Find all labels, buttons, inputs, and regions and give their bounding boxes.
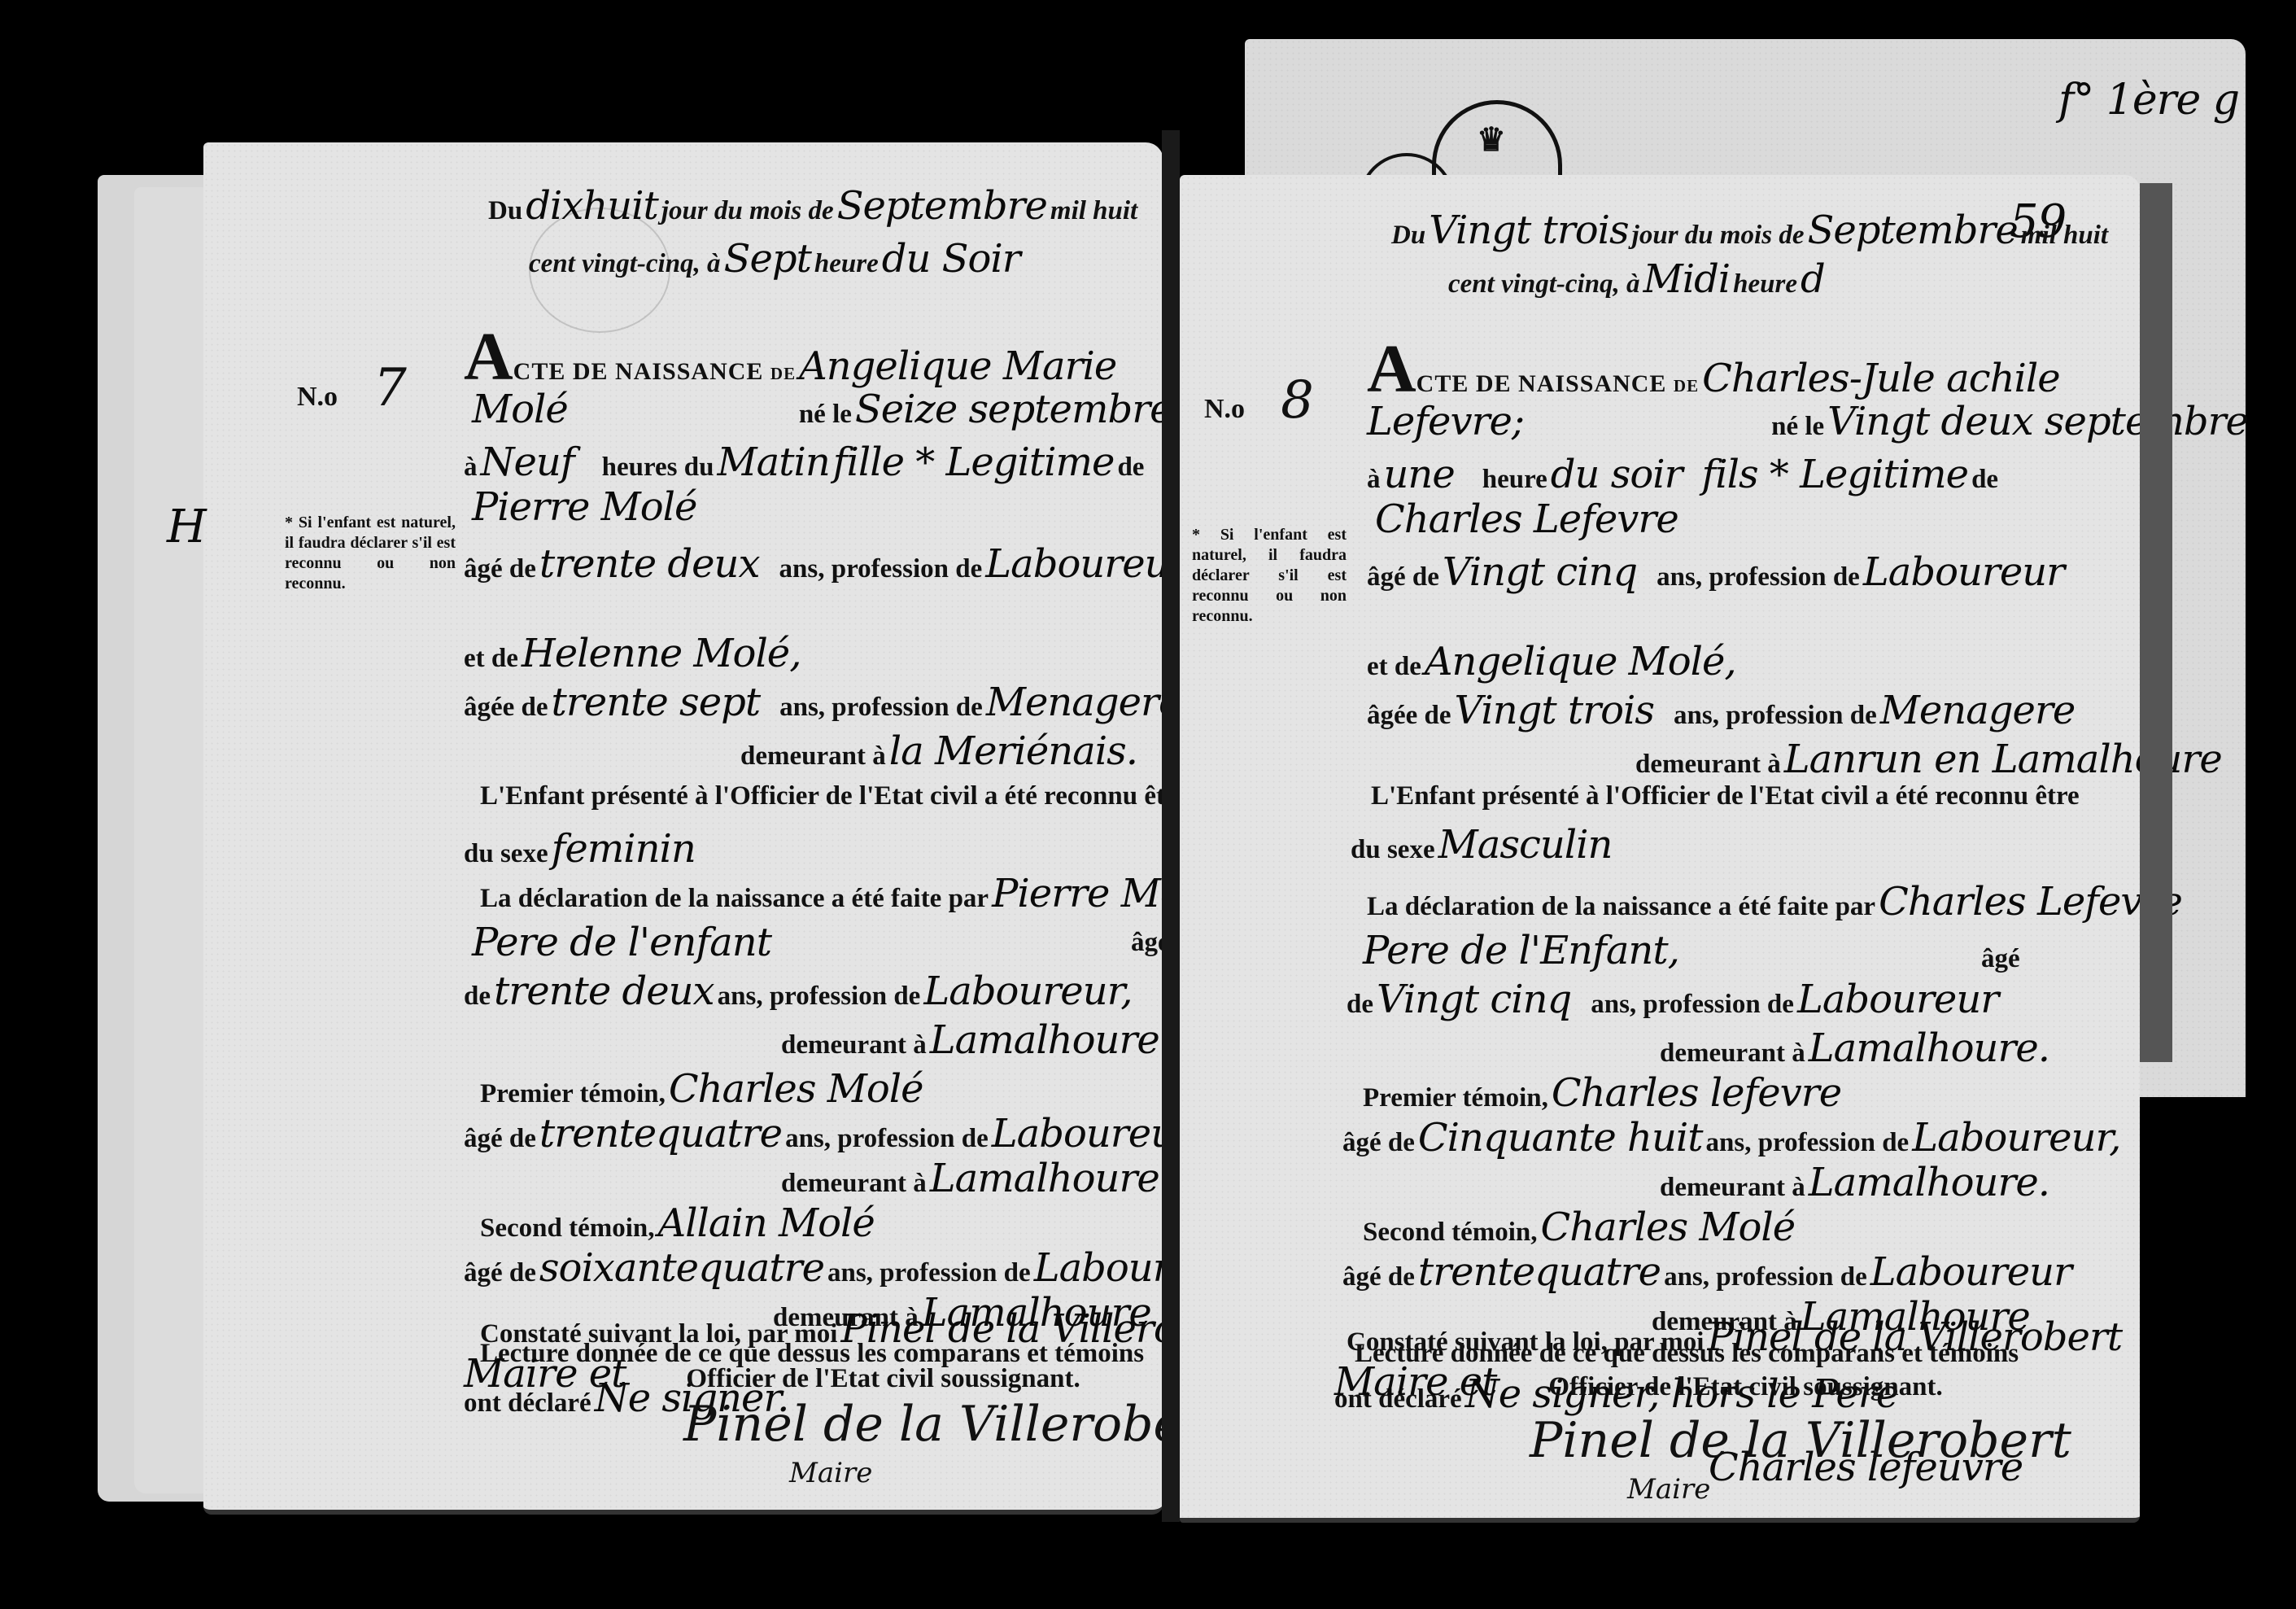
act-number: N.o 8 bbox=[1204, 370, 1314, 431]
header-line-2: cent vingt-cinq, à Midi heure d bbox=[1448, 256, 1825, 302]
folio-annotation: f° 1ère g bbox=[2058, 76, 2239, 125]
mother-age-line: âgée de Vingt trois ans, profession de M… bbox=[1367, 688, 2075, 733]
child-name: Charles-Jule achile bbox=[1702, 356, 2060, 401]
right-certified-line: Constaté suivant la loi, par moi Pinel d… bbox=[1347, 1314, 2122, 1360]
officer-signature: Pinel de la Villerobert bbox=[1530, 1412, 2071, 1469]
sex-line: du sexe Masculin bbox=[1351, 822, 1612, 868]
book-spine bbox=[1162, 130, 1180, 1522]
declarant-age-line: de trente deux ans, profession de Labour… bbox=[464, 968, 1133, 1014]
residence-line: demeurant à Lanrun en Lamalhoure bbox=[1635, 737, 2222, 782]
witness1-res-line: demeurant à Lamalhoure. bbox=[1660, 1160, 2049, 1205]
declaration-line: La déclaration de la naissance a été fai… bbox=[1367, 879, 2182, 925]
signature-title: Maire bbox=[789, 1457, 872, 1489]
father-name: Charles Lefevre bbox=[1375, 496, 1678, 542]
presented-text: L'Enfant présenté à l'Officier de l'Etat… bbox=[1371, 781, 2080, 811]
mother-line: et de Angelique Molé, bbox=[1367, 639, 1736, 684]
officer-name: Pinel de la Villerobert bbox=[1707, 1314, 2122, 1360]
witness2-line: Second témoin, Allain Molé bbox=[480, 1200, 875, 1246]
witness1-res-line: demeurant à Lamalhoure bbox=[781, 1156, 1159, 1201]
witness1-line: Premier témoin, Charles Molé bbox=[480, 1066, 923, 1112]
left-certified-line: Constaté suivant la loi, par moi Pinel d… bbox=[480, 1306, 1255, 1352]
child-line-2: Molé né le Seize septembre bbox=[472, 387, 1172, 432]
header-line-2: cent vingt-cinq, à Sept heure du Soir bbox=[529, 236, 1020, 282]
child-name: Angelique Marie bbox=[799, 343, 1116, 389]
witness1-age-line: âgé de trentequatre ans, profession de L… bbox=[464, 1111, 1200, 1156]
left-officer-line: Maire et Officier de l'Etat civil soussi… bbox=[464, 1351, 1080, 1397]
margin-note: * Si l'enfant est naturel, il faudra déc… bbox=[1192, 525, 1347, 627]
declarant-res-line: demeurant à Lamalhoure. bbox=[1660, 1025, 2049, 1071]
birth-date: Seize septembre bbox=[855, 387, 1172, 432]
birth-date: Vingt deux septembre bbox=[1827, 399, 2248, 444]
hour-value: Sept bbox=[724, 236, 811, 282]
right-officer-line: Maire et Officier de l'Etat civil soussi… bbox=[1334, 1359, 1943, 1405]
period-value: du Soir bbox=[882, 236, 1020, 282]
witness1-line: Premier témoin, Charles lefevre bbox=[1363, 1070, 1841, 1116]
month-value: Septembre bbox=[837, 183, 1047, 229]
margin-note: * Si l'enfant est naturel, il faudra déc… bbox=[285, 513, 456, 594]
declarant-role-line: Pere de l'enfant âgé bbox=[472, 920, 1163, 965]
act-number: N.o 7 bbox=[297, 358, 407, 418]
declaration-line: La déclaration de la naissance a été fai… bbox=[480, 871, 1217, 916]
margin-initial: H bbox=[167, 501, 206, 553]
father-name: Pierre Molé bbox=[472, 484, 696, 530]
day-value: dixhuit bbox=[526, 183, 658, 229]
acte-title-line: ACTE DE NAISSANCE de Charles-Jule achile bbox=[1367, 330, 2060, 409]
witness1-age-line: âgé de Cinquante huit ans, profession de… bbox=[1342, 1115, 2120, 1161]
page-edge-stack bbox=[134, 187, 210, 1493]
crown-icon: ♛ bbox=[1477, 120, 1506, 159]
header-line-1: Du Vingt trois jour du mois de Septembre… bbox=[1391, 208, 2108, 253]
declarant-role-line: Pere de l'Enfant, âgé bbox=[1363, 928, 2014, 973]
declarant-age-line: de Vingt cinq ans, profession de Laboure… bbox=[1347, 977, 1998, 1022]
header-line-1: Du dixhuit jour du mois de Septembre mil… bbox=[488, 183, 1137, 229]
father-age-line: âgé de Vingt cinq ans, profession de Lab… bbox=[1367, 549, 2064, 595]
mother-line: et de Helenne Molé, bbox=[464, 631, 801, 676]
witness2-line: Second témoin, Charles Molé bbox=[1363, 1205, 1795, 1250]
binding-strip bbox=[2140, 183, 2172, 1062]
day-value: Vingt trois bbox=[1429, 208, 1628, 253]
witness2-age-line: âgé de trentequatre ans, profession de L… bbox=[1342, 1249, 2071, 1295]
sex-line: du sexe feminin bbox=[464, 826, 696, 872]
period-value: d bbox=[1801, 256, 1825, 302]
residence-line: demeurant à la Meriénais. bbox=[740, 728, 1137, 774]
birth-time-line: à une heure du soir fils * Legitime de bbox=[1367, 452, 1998, 497]
birth-time-line: à Neuf heures du Matin fille * Legitime … bbox=[464, 439, 1144, 485]
signature-title: Maire bbox=[1627, 1473, 1710, 1506]
month-value: Septembre bbox=[1807, 208, 2017, 253]
presented-text: L'Enfant présenté à l'Officier de l'Etat… bbox=[480, 781, 1189, 811]
father-age-line: âgé de trente deux ans, profession de La… bbox=[464, 541, 1194, 587]
witness2-age-line: âgé de soixantequatre ans, profession de… bbox=[464, 1245, 1235, 1291]
officer-signature: Pinel de la Villerobert bbox=[683, 1396, 1225, 1453]
mother-age-line: âgée de trente sept ans, profession de M… bbox=[464, 680, 1181, 725]
hour-value: Midi bbox=[1643, 256, 1731, 302]
child-line-2: Lefevre; né le Vingt deux septembre bbox=[1367, 399, 2248, 444]
declarant-res-line: demeurant à Lamalhoure. bbox=[781, 1017, 1171, 1063]
acte-title-line: ACTE DE NAISSANCE de Angelique Marie bbox=[464, 317, 1116, 396]
